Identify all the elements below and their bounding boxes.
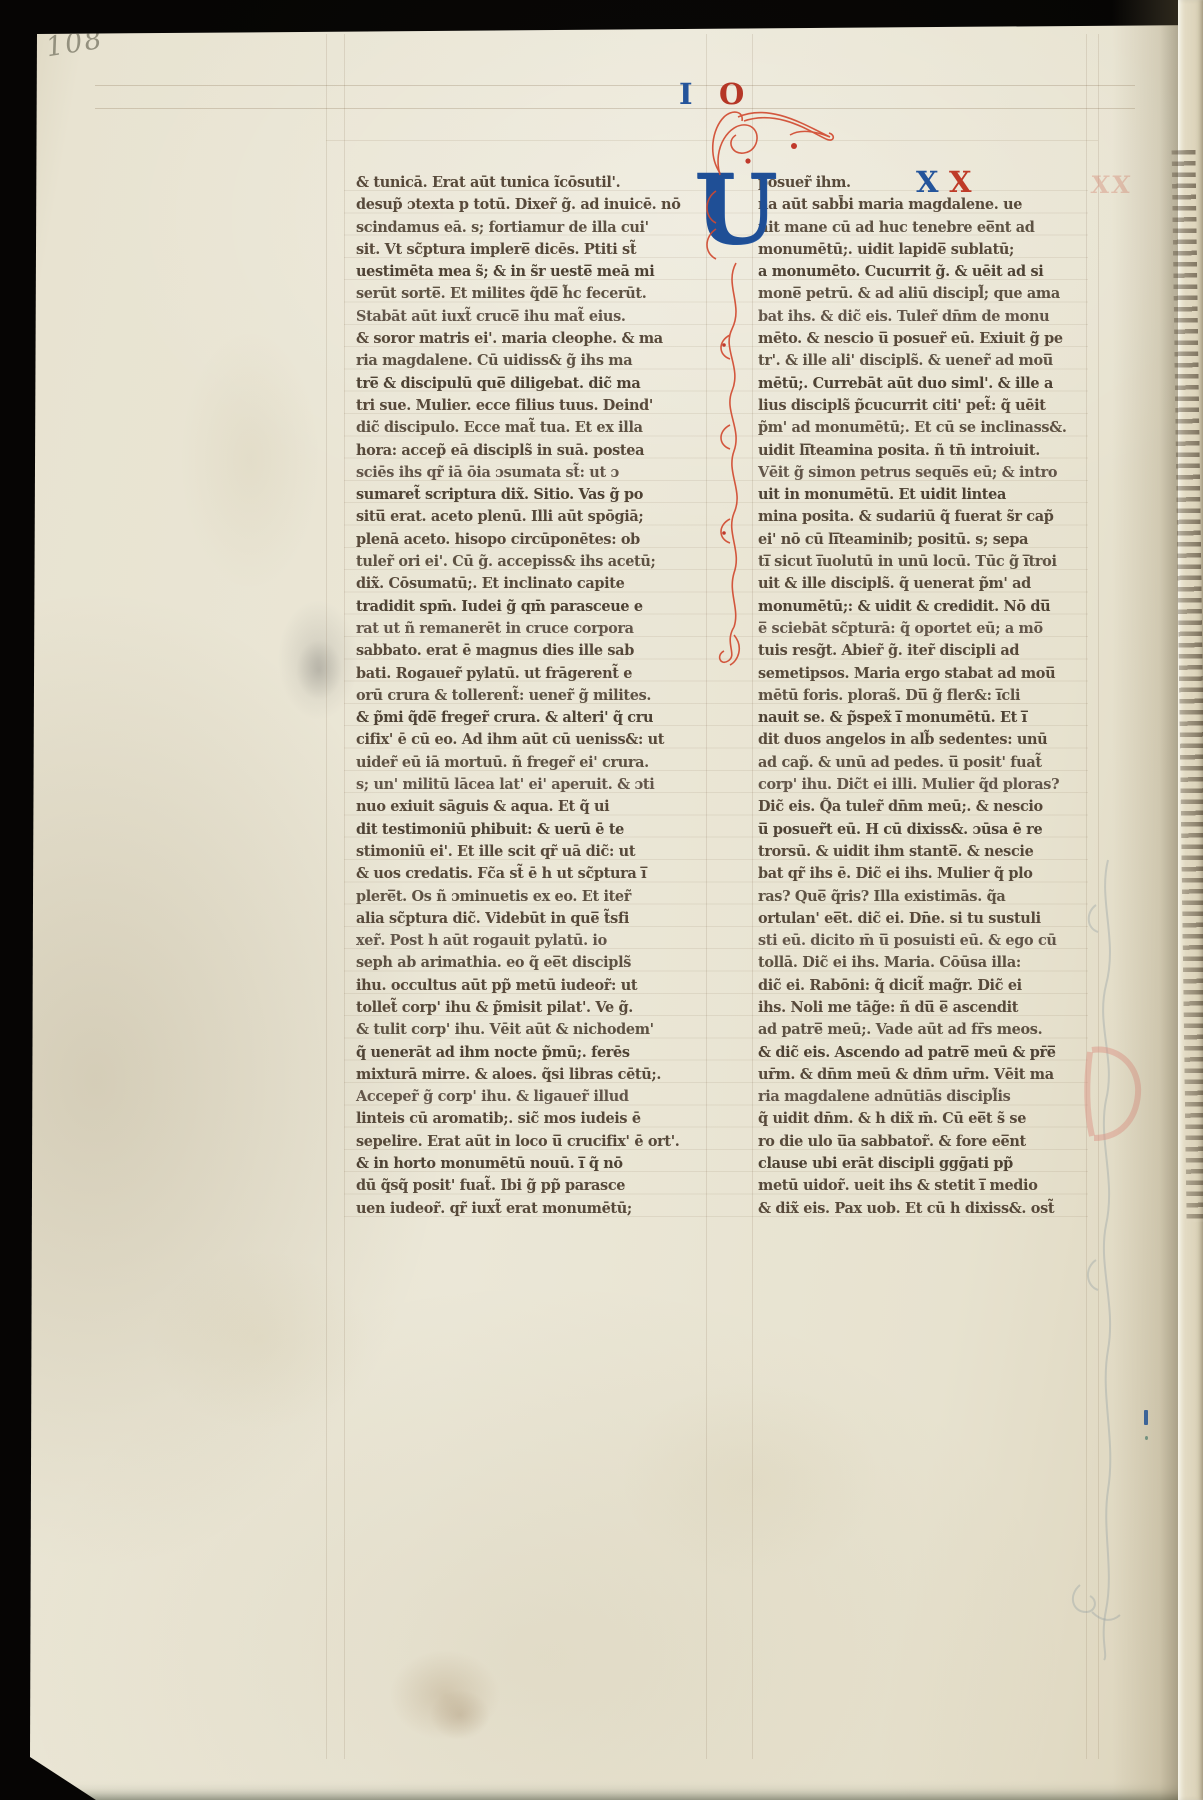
manuscript-text-line: dit testimoniū phibuit: & uerū ē te xyxy=(356,819,704,841)
manuscript-text-line: Dic̃ eis. Q̃a tuler̃ dn̄m meū;. & nescio xyxy=(758,796,1087,818)
manuscript-text-line: nuo exiuit sāguis & aqua. Et q̃ ui xyxy=(356,796,704,818)
manuscript-text-line: sti eū. dicito m̄ u̅ posuisti eū. & ego … xyxy=(758,930,1087,952)
manuscript-text-line: & p̃mi q̃de̅ freger̃ crura. & alteri' q̃… xyxy=(356,707,704,729)
manuscript-text-line: stimoniū ei'. Et ille scit qr̃ uā dic̃: … xyxy=(356,841,704,863)
brown-stain xyxy=(390,1650,500,1740)
manuscript-text-line: xer̃. Post h aūt rogauit pylatū. io xyxy=(356,930,704,952)
gutter-fold-shadow xyxy=(1112,0,1178,1800)
manuscript-text-line: dic̃ ei. Rabōni: q̃ dicit̃ mag̃r. Dic̃ e… xyxy=(758,975,1087,997)
manuscript-text-line: sepelire. Erat aūt in loco u̅ crucifix' … xyxy=(356,1131,704,1153)
manuscript-text-line: corp' ihu. Dic̃t ei illi. Mulier q̃d plo… xyxy=(758,774,1087,796)
faint-stain xyxy=(620,1380,880,1580)
penwork-flourish xyxy=(620,95,880,695)
manuscript-text-line: trorsū. & uidit ihm stante̅. & nescie xyxy=(758,841,1087,863)
manuscript-text-line: Acceper̃ g̃ corp' ihu. & ligauer̃ illud xyxy=(356,1086,704,1108)
manuscript-text-line: nauit se. & p̃spex̃ i̅ monumētū. Et i̅ xyxy=(758,707,1087,729)
manuscript-text-line: & in horto monumētū nouū. i̅ q̃ nō xyxy=(356,1153,704,1175)
manuscript-text-line: ria magdalene adnūtiās discipl̃is xyxy=(758,1086,1087,1108)
brown-stain xyxy=(430,1690,490,1740)
manuscript-text-line: q̃ uenerāt ad ihm nocte p̃mū;. ferēs xyxy=(356,1042,704,1064)
manuscript-text-line: ihu. occultus aūt pp̃ metū iudeor̃: ut xyxy=(356,975,704,997)
photograph-of-manuscript: 108 I O X X XX & tunicā. Erat aūt tunica… xyxy=(0,0,1203,1800)
ruling-line-vertical xyxy=(326,34,327,1759)
manuscript-text-line: dit duos angelos in alb̃ sedentes: unū xyxy=(758,729,1087,751)
folio-number: 108 xyxy=(44,24,106,64)
manuscript-text-line: alia sc̃ptura dic̃. Videbūt in que̅ t̃sf… xyxy=(356,908,704,930)
faint-stain xyxy=(180,330,320,590)
manuscript-text-line: mixturā mirre. & aloes. q̃si libras cētū… xyxy=(356,1064,704,1086)
manuscript-text-line: & uos credatis. Fc̃a st̃ ē h ut sc̃ptura… xyxy=(356,863,704,885)
manuscript-text-line: uider̃ eū iā mortuū. ñ freger̃ ei' crura… xyxy=(356,752,704,774)
manuscript-text-line: ur̄m. & dn̄m meū & dn̄m ur̄m. Vēit ma xyxy=(758,1064,1087,1086)
manuscript-text-line: seph ab arimathia. eo q̃ ee̅t discipls̃ xyxy=(356,952,704,974)
manuscript-text-line: q̃ uidit dn̄m. & h dix̃ m̄. Cū ee̅t s̃ s… xyxy=(758,1108,1087,1130)
parchment-page: 108 I O X X XX & tunicā. Erat aūt tunica… xyxy=(0,0,1203,1800)
ruling-line-horizontal xyxy=(95,108,1135,109)
manuscript-text-line: ad cap̃. & unū ad pedes. u̅ posit' fuat̃ xyxy=(758,752,1087,774)
manuscript-text-line: bat qr̃ ihs ē. Dic̃ ei ihs. Mulier q̃ pl… xyxy=(758,863,1087,885)
manuscript-text-line: u̅ posuer̃t eū. H cū dixiss&. ɔūsa ē re xyxy=(758,819,1087,841)
manuscript-text-line: & tulit corp' ihu. Vēit aūt & nichodem' xyxy=(356,1019,704,1041)
manuscript-text-line: tollet̃ corp' ihu & p̃misit pilat'. Ve g… xyxy=(356,997,704,1019)
manuscript-text-line: cifix' ē cū eo. Ad ihm aūt cū ueniss&: u… xyxy=(356,729,704,751)
red-ink-dot xyxy=(745,158,750,163)
manuscript-text-line: plere̅t. Os ñ ɔminuetis ex eo. Et iter̃ xyxy=(356,886,704,908)
manuscript-text-line: ad patre̅ meū;. Vade aūt ad fr̄s meos. xyxy=(758,1019,1087,1041)
manuscript-text-line: ro die ulo u̅a sabbator̃. & fore ee̅nt xyxy=(758,1131,1087,1153)
manuscript-text-line: dū q̃sq̃ posit' fuat̃. Ibi g̃ pp̃ parasc… xyxy=(356,1175,704,1197)
ruling-line-vertical xyxy=(1098,34,1099,1759)
manuscript-text-line: linteis cū aromatib;. sic̃ mos iudeis ē xyxy=(356,1108,704,1130)
manuscript-text-line: & dic̃ eis. Ascendo ad patre̅ meū & pr̄e… xyxy=(758,1042,1087,1064)
manuscript-text-line: ihs. Noli me tāg̃e: ñ du̅ e̅ ascendit xyxy=(758,997,1087,1019)
smudge-stain xyxy=(296,640,342,700)
manuscript-text-line: tollā. Dic̃ ei ihs. Maria. Cōūsa illa: xyxy=(758,952,1087,974)
ruling-line-horizontal xyxy=(95,85,1135,86)
manuscript-text-line: clause ubi erāt discipli ggḡati pp̃ xyxy=(758,1153,1087,1175)
faint-stain xyxy=(150,1250,370,1430)
manuscript-text-line: ras? Que̅ q̃ris? Illa existimās. q̃a xyxy=(758,886,1087,908)
manuscript-text-line: ortulan' ee̅t. dic̃ ei. Dn̄e. si tu sust… xyxy=(758,908,1087,930)
manuscript-text-line: metū uidor̃. ueit ihs & stetit i̅ medio xyxy=(758,1175,1087,1197)
manuscript-text-line: & dix̃ eis. Pax uob. Et cū h dixiss&. os… xyxy=(758,1198,1087,1220)
manuscript-text-line: uen iudeor̃. qr̃ iuxt̃ erat monumētū; xyxy=(356,1198,704,1220)
manuscript-text-line: s; un' militū lācea lat' ei' aperuit. & … xyxy=(356,774,704,796)
